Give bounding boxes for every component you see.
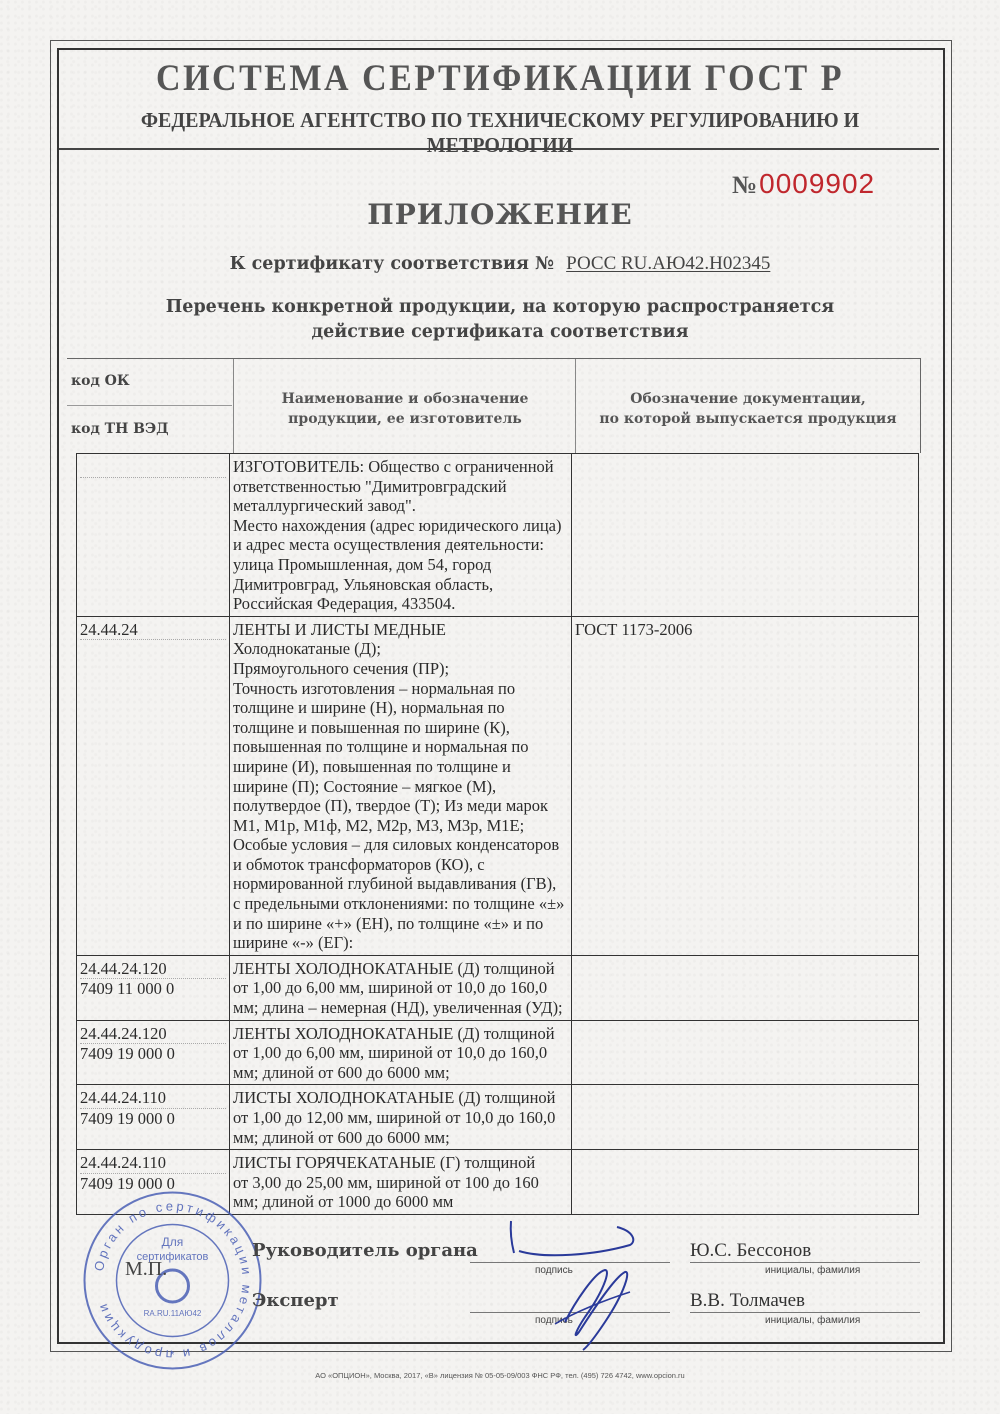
description-line: и адрес места осуществления деятельности… (233, 535, 568, 555)
description-line: ЛЕНТЫ ХОЛОДНОКАТАНЫЕ (Д) толщиной (233, 959, 568, 979)
description-line: ширине (П); Состояние – мягкое (М), (233, 777, 568, 797)
name-line (690, 1312, 920, 1313)
code-ok: 24.44.24.110 (80, 1153, 226, 1174)
certificate-number: РОСС RU.АЮ42.Н02345 (560, 253, 770, 274)
description-line: ИЗГОТОВИТЕЛЬ: Общество с ограниченной (233, 457, 568, 477)
description-cell: ЛИСТЫ ХОЛОДНОКАТАНЫЕ (Д) толщиной от 1,0… (230, 1085, 572, 1150)
description-cell: ЛЕНТЫ ХОЛОДНОКАТАНЫЕ (Д) толщиной от 1,0… (230, 955, 572, 1020)
description-line: повышенная по толщине и нормальная по (233, 737, 568, 757)
code-ok (80, 457, 226, 478)
description-cell: ЛИСТЫ ГОРЯЧЕКАТАНЫЕ (Г) толщиной от 3,00… (230, 1150, 572, 1215)
description-line: от 1,00 до 6,00 мм, шириной от 10,0 до 1… (233, 978, 568, 998)
number-sign: № (732, 172, 757, 200)
description-line: мм; длиной от 1000 до 6000 мм (233, 1192, 568, 1212)
description-line: ширине (И), повышенная по толщине и (233, 757, 568, 777)
page-title: ПРИЛОЖЕНИЕ (60, 198, 940, 231)
description-line: ЛИСТЫ ГОРЯЧЕКАТАНЫЕ (Г) толщиной (233, 1153, 568, 1173)
products-table: ИЗГОТОВИТЕЛЬ: Общество с ограниченной от… (76, 453, 919, 1215)
head-signature-icon (505, 1215, 645, 1265)
header-divider (59, 148, 939, 150)
description-line: Холоднокатаные (Д); (233, 639, 568, 659)
description-line: ЛЕНТЫ И ЛИСТЫ МЕДНЫЕ (233, 620, 568, 640)
certificate-reference-label: К сертификату соответствия № (230, 254, 554, 274)
column-header-product: Наименование и обозначение продукции, ее… (233, 359, 576, 453)
description-line: Прямоугольного сечения (ПР); (233, 659, 568, 679)
description-line: мм; длина – немерная (НД), увеличенная (… (233, 998, 568, 1018)
description-line: Место нахождения (адрес юридического лиц… (233, 516, 568, 536)
list-heading: Перечень конкретной продукции, на котору… (60, 295, 940, 345)
code-tn-ved: 7409 19 000 0 (80, 1109, 226, 1129)
description-line: от 1,00 до 12,00 мм, шириной от 10,0 до … (233, 1108, 568, 1128)
column-header-documentation-line: по которой выпускается продукция (576, 409, 920, 429)
documentation-cell (572, 1085, 919, 1150)
description-line: и обмоток трансформаторов (КО), с (233, 855, 568, 875)
expert-signature-icon (545, 1262, 645, 1352)
table-row: 24.44.24.120 7409 11 000 0 ЛЕНТЫ ХОЛОДНО… (77, 955, 919, 1020)
description-line: толщине и повышенная по ширине (К), (233, 718, 568, 738)
code-tn-ved: 7409 19 000 0 (80, 1044, 226, 1064)
column-header-codes: код ОК код ТН ВЭД (67, 359, 232, 453)
certification-system-title: СИСТЕМА СЕРТИФИКАЦИИ ГОСТ Р (60, 58, 940, 99)
description-line: улица Промышленная, дом 54, город (233, 555, 568, 575)
official-stamp-icon: Орган по сертификации металлов и продукц… (80, 1188, 265, 1373)
column-header-product-line: Наименование и обозначение (234, 389, 576, 409)
description-line: толщине и ширине (Н), нормальная по (233, 698, 568, 718)
description-line: мм; длиной от 600 до 6000 мм; (233, 1128, 568, 1148)
code-cell: 24.44.24.120 7409 19 000 0 (77, 1020, 230, 1085)
documentation-cell (572, 1020, 919, 1085)
documentation-cell (572, 1150, 919, 1215)
description-line: от 3,00 до 25,00 мм, шириной от 100 до 1… (233, 1173, 568, 1193)
description-line: нормированной глубиной выдавливания (ГВ)… (233, 874, 568, 894)
documentation-cell (572, 454, 919, 617)
name-caption: инициалы, фамилия (765, 1265, 860, 1276)
table-row: 24.44.24.110 7409 19 000 0 ЛИСТЫ ХОЛОДНО… (77, 1085, 919, 1150)
description-line: от 1,00 до 6,00 мм, шириной от 10,0 до 1… (233, 1043, 568, 1063)
description-line: Димитровград, Ульяновская область, (233, 575, 568, 595)
code-tn-ved: 7409 11 000 0 (80, 979, 226, 999)
description-line: с предельными отклонениями: по толщине «… (233, 894, 568, 914)
expert-label: Эксперт (252, 1290, 339, 1311)
column-header-documentation-line: Обозначение документации, (576, 389, 920, 409)
code-cell: 24.44.24 (77, 616, 230, 955)
description-cell: ИЗГОТОВИТЕЛЬ: Общество с ограниченной от… (230, 454, 572, 617)
code-cell (77, 454, 230, 617)
description-line: и по ширине «+» (ЕН), по толщине «±» и п… (233, 914, 568, 934)
column-header-divider (67, 405, 232, 406)
name-line (690, 1262, 920, 1263)
svg-text:*: * (171, 1350, 175, 1361)
code-ok: 24.44.24.120 (80, 959, 226, 980)
code-cell: 24.44.24.120 7409 11 000 0 (77, 955, 230, 1020)
description-line: мм; длиной от 600 до 6000 мм; (233, 1063, 568, 1083)
column-header-product-line: продукции, ее изготовитель (234, 409, 576, 429)
description-line: М1, М1р, М1ф, М2, М2р, М3, М3р, М1Е; (233, 816, 568, 836)
table-row: 24.44.24.120 7409 19 000 0 ЛЕНТЫ ХОЛОДНО… (77, 1020, 919, 1085)
column-header-code-ok: код ОК (71, 373, 130, 389)
table-row: 24.44.24 ЛЕНТЫ И ЛИСТЫ МЕДНЫЕ Холоднокат… (77, 616, 919, 955)
certificate-reference: К сертификату соответствия № РОСС RU.АЮ4… (60, 253, 940, 275)
description-line: Российская Федерация, 433504. (233, 594, 568, 614)
form-number: № 0009902 (732, 168, 875, 200)
head-label: Руководитель органа (252, 1240, 478, 1261)
documentation-cell (572, 955, 919, 1020)
table-row: ИЗГОТОВИТЕЛЬ: Общество с ограниченной от… (77, 454, 919, 617)
signature-row-head: Руководитель органа подпись Ю.С. Бессоно… (0, 1240, 1000, 1280)
column-header-documentation: Обозначение документации, по которой вып… (575, 359, 920, 453)
list-heading-line: действие сертификата соответствия (60, 320, 940, 345)
name-caption: инициалы, фамилия (765, 1315, 860, 1326)
documentation-cell: ГОСТ 1173-2006 (572, 616, 919, 955)
description-line: металлургический завод". (233, 496, 568, 516)
description-line: ЛИСТЫ ХОЛОДНОКАТАНЫЕ (Д) толщиной (233, 1088, 568, 1108)
expert-name: В.В. Толмачев (690, 1290, 805, 1312)
code-cell: 24.44.24.110 7409 19 000 0 (77, 1085, 230, 1150)
code-ok: 24.44.24.120 (80, 1024, 226, 1045)
description-cell: ЛЕНТЫ ХОЛОДНОКАТАНЫЕ (Д) толщиной от 1,0… (230, 1020, 572, 1085)
form-number-value: 0009902 (759, 168, 875, 200)
description-line: ширине «-» (ЕГ): (233, 933, 568, 953)
description-line: ответственностью "Димитровградский (233, 477, 568, 497)
svg-text:Орган по сертификации металлов: Орган по сертификации металлов и продукц… (91, 1198, 255, 1362)
code-ok: 24.44.24 (80, 620, 226, 641)
printer-imprint: АО «ОПЦИОН», Москва, 2017, «В» лицензия … (170, 1371, 830, 1380)
code-ok: 24.44.24.110 (80, 1088, 226, 1109)
column-header-code-tn-ved: код ТН ВЭД (71, 421, 169, 437)
agency-subtitle: ФЕДЕРАЛЬНОЕ АГЕНТСТВО ПО ТЕХНИЧЕСКОМУ РЕ… (91, 108, 909, 158)
description-line: Особые условия – для силовых конденсатор… (233, 835, 568, 855)
description-line: полутвердое (П), твердое (Т); Из меди ма… (233, 796, 568, 816)
description-line: ЛЕНТЫ ХОЛОДНОКАТАНЫЕ (Д) толщиной (233, 1024, 568, 1044)
list-heading-line: Перечень конкретной продукции, на котору… (60, 295, 940, 320)
table-column-header: код ОК код ТН ВЭД Наименование и обознач… (67, 358, 921, 453)
description-cell: ЛЕНТЫ И ЛИСТЫ МЕДНЫЕ Холоднокатаные (Д);… (230, 616, 572, 955)
head-name: Ю.С. Бессонов (690, 1240, 811, 1262)
signature-row-expert: Эксперт подпись В.В. Толмачев инициалы, … (0, 1290, 1000, 1330)
description-line: Точность изготовления – нормальная по (233, 679, 568, 699)
